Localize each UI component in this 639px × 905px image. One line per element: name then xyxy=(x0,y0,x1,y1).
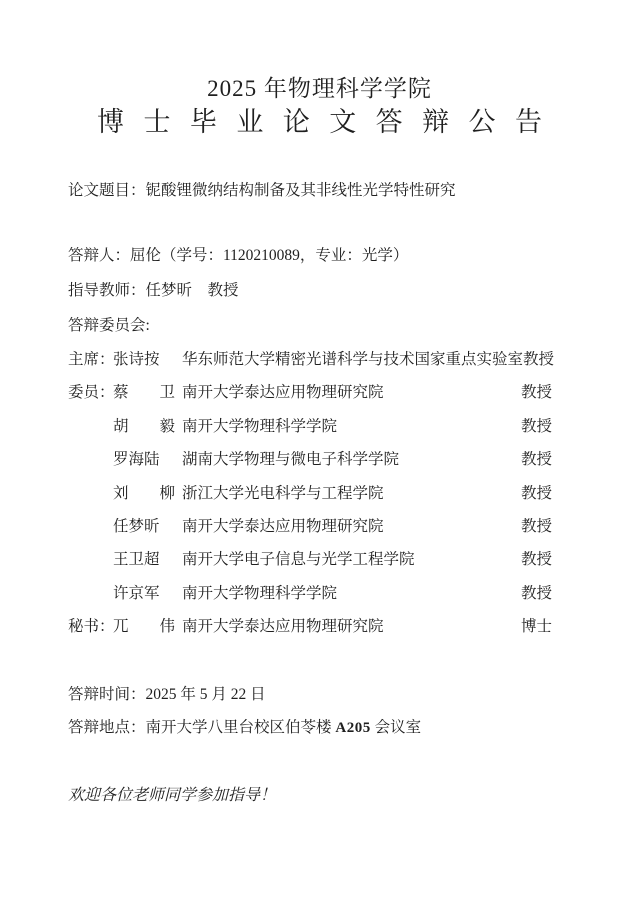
committee-row: 委员： 蔡 卫 南开大学泰达应用物理研究院 教授 xyxy=(68,383,552,416)
committee-member-title: 教授 xyxy=(521,450,552,483)
committee-row: 刘 柳 浙江大学光电科学与工程学院 教授 xyxy=(68,484,552,517)
committee-list: 主席： 张诗按 华东师范大学精密光谱科学与技术国家重点实验室 教授 委员： 蔡 … xyxy=(68,350,552,651)
thesis-title-line: 论文题目：铌酸锂微纳结构制备及其非线性光学特性研究 xyxy=(68,181,552,201)
committee-member-name: 王卫超 xyxy=(113,550,182,583)
committee-role-label xyxy=(68,417,113,450)
committee-member-title: 博士 xyxy=(521,617,552,650)
committee-member-name: 许京军 xyxy=(113,584,182,617)
committee-affiliation: 南开大学电子信息与光学工程学院 xyxy=(182,550,521,583)
committee-role-label xyxy=(68,517,113,550)
defense-location-line: 答辩地点：南开大学八里台校区伯苓楼 A205 会议室 xyxy=(68,718,552,738)
announcement-document: 2025 年物理科学学院 博士毕业论文答辩公告 论文题目：铌酸锂微纳结构制备及其… xyxy=(0,0,639,905)
committee-role-label xyxy=(68,550,113,583)
committee-member-title: 教授 xyxy=(521,383,552,416)
committee-affiliation: 湖南大学物理与微电子科学学院 xyxy=(182,450,521,483)
defense-location-prefix: 答辩地点：南开大学八里台校区伯苓楼 xyxy=(68,719,335,736)
committee-role-label xyxy=(68,584,113,617)
committee-row: 任梦昕 南开大学泰达应用物理研究院 教授 xyxy=(68,517,552,550)
committee-row: 主席： 张诗按 华东师范大学精密光谱科学与技术国家重点实验室 教授 xyxy=(68,350,552,383)
committee-row: 秘书： 兀 伟 南开大学泰达应用物理研究院 博士 xyxy=(68,617,552,650)
committee-member-title: 教授 xyxy=(521,584,552,617)
committee-affiliation: 华东师范大学精密光谱科学与技术国家重点实验室 xyxy=(182,350,523,383)
committee-affiliation: 南开大学物理科学学院 xyxy=(182,417,521,450)
supervisor-line: 指导教师：任梦昕 教授 xyxy=(68,281,552,301)
committee-role-label xyxy=(68,484,113,517)
committee-row: 罗海陆 湖南大学物理与微电子科学学院 教授 xyxy=(68,450,552,483)
committee-row: 王卫超 南开大学电子信息与光学工程学院 教授 xyxy=(68,550,552,583)
committee-member-name: 兀 伟 xyxy=(113,617,182,650)
committee-member-name: 刘 柳 xyxy=(113,484,182,517)
committee-affiliation: 南开大学泰达应用物理研究院 xyxy=(182,383,521,416)
committee-row: 许京军 南开大学物理科学学院 教授 xyxy=(68,584,552,617)
committee-member-title: 教授 xyxy=(521,417,552,450)
committee-member-title: 教授 xyxy=(521,484,552,517)
defense-location-suffix: 会议室 xyxy=(371,719,421,736)
welcome-line: 欢迎各位老师同学参加指导！ xyxy=(68,786,552,806)
committee-affiliation: 南开大学泰达应用物理研究院 xyxy=(182,617,521,650)
room-number: A205 xyxy=(335,720,370,736)
committee-role-label: 主席： xyxy=(68,350,113,383)
committee-member-title: 教授 xyxy=(523,350,554,383)
committee-role-label: 秘书： xyxy=(68,617,113,650)
committee-affiliation: 南开大学物理科学学院 xyxy=(182,584,521,617)
committee-member-title: 教授 xyxy=(521,517,552,550)
respondent-line: 答辩人：屈伦（学号：1120210089，专业：光学） xyxy=(68,246,552,266)
defense-time-line: 答辩时间：2025 年 5 月 22 日 xyxy=(68,685,552,705)
committee-member-title: 教授 xyxy=(521,550,552,583)
committee-member-name: 张诗按 xyxy=(113,350,182,383)
committee-heading: 答辩委员会: xyxy=(68,316,552,336)
committee-role-label: 委员： xyxy=(68,383,113,416)
committee-affiliation: 浙江大学光电科学与工程学院 xyxy=(182,484,521,517)
doc-title-year: 2025 年物理科学学院 xyxy=(0,74,639,104)
committee-role-label xyxy=(68,450,113,483)
committee-member-name: 任梦昕 xyxy=(113,517,182,550)
committee-member-name: 胡 毅 xyxy=(113,417,182,450)
committee-member-name: 蔡 卫 xyxy=(113,383,182,416)
committee-row: 胡 毅 南开大学物理科学学院 教授 xyxy=(68,417,552,450)
committee-affiliation: 南开大学泰达应用物理研究院 xyxy=(182,517,521,550)
doc-title-main: 博士毕业论文答辩公告 xyxy=(0,104,639,140)
committee-member-name: 罗海陆 xyxy=(113,450,182,483)
